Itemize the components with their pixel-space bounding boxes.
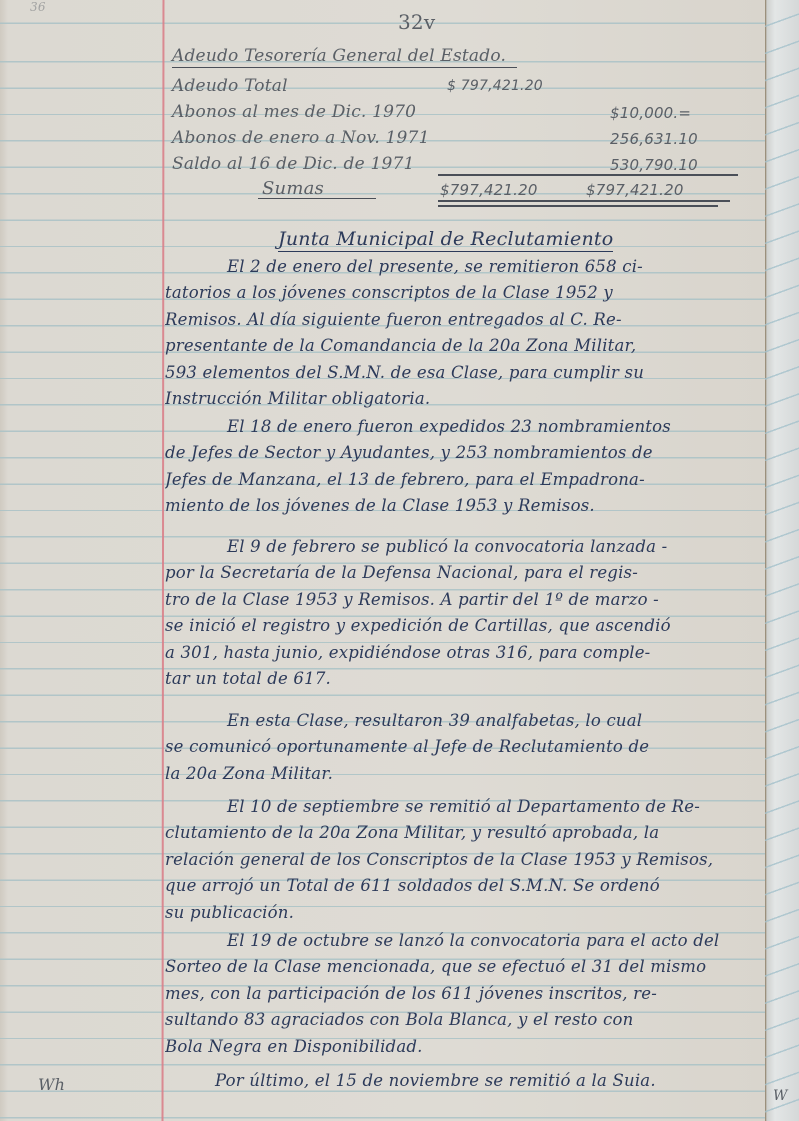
- notebook-gutter: W: [765, 0, 799, 1121]
- totals-debit: $797,421.20: [440, 181, 538, 199]
- folio-number: 32v: [398, 10, 435, 34]
- text-line: la 20a Zona Militar.: [165, 761, 765, 787]
- double-underline-2: [438, 205, 718, 207]
- notebook-page: 36 32v Adeudo Tesorería General del Esta…: [0, 0, 765, 1121]
- text-line: El 2 de enero del presente, se remitiero…: [165, 254, 765, 280]
- text-line: miento de los jóvenes de la Clase 1953 y…: [165, 493, 765, 519]
- ledger-row-label: Abonos de enero a Nov. 1971: [172, 128, 430, 148]
- ledger-row-credit: 530,790.10: [610, 156, 698, 174]
- ledger-heading: Adeudo Tesorería General del Estado.: [172, 46, 517, 68]
- totals-credit: $797,421.20: [586, 181, 684, 199]
- text-line: su publicación.: [165, 900, 765, 926]
- paragraph: El 2 de enero del presente, se remitiero…: [165, 254, 765, 412]
- text-line: El 19 de octubre se lanzó la convocatori…: [165, 928, 765, 954]
- ledger-row-label: Saldo al 16 de Dic. de 1971: [172, 154, 415, 174]
- paragraph: El 18 de enero fueron expedidos 23 nombr…: [165, 414, 765, 520]
- text-line: mes, con la participación de los 611 jóv…: [165, 981, 765, 1007]
- text-line: relación general de los Conscriptos de l…: [165, 847, 765, 873]
- subtotal-rule: [438, 174, 738, 176]
- text-line: El 10 de septiembre se remitió al Depart…: [165, 794, 765, 820]
- text-line: Jefes de Manzana, el 13 de febrero, para…: [165, 467, 765, 493]
- text-line: Por último, el 15 de noviembre se remiti…: [165, 1068, 765, 1094]
- text-line: Instrucción Militar obligatoria.: [165, 386, 765, 412]
- text-line: El 18 de enero fueron expedidos 23 nombr…: [165, 414, 765, 440]
- ledger-row-debit: $ 797,421.20: [447, 78, 543, 94]
- gutter-initials: W: [773, 1088, 788, 1104]
- text-line: presentante de la Comandancia de la 20a …: [165, 333, 765, 359]
- ledger-row-credit: $10,000.=: [610, 104, 691, 122]
- text-line: Remisos. Al día siguiente fueron entrega…: [165, 307, 765, 333]
- ledger-row-label: Abonos al mes de Dic. 1970: [172, 102, 416, 122]
- double-underline-1: [438, 200, 730, 202]
- totals-label-underline: [258, 198, 376, 199]
- paragraph: En esta Clase, resultaron 39 analfabetas…: [165, 708, 765, 787]
- corner-mark: 36: [30, 0, 46, 14]
- text-line: tatorios a los jóvenes conscriptos de la…: [165, 280, 765, 306]
- facing-page-lines: [765, 0, 799, 1121]
- paragraph: Por último, el 15 de noviembre se remiti…: [165, 1068, 765, 1094]
- text-line: tar un total de 617.: [165, 666, 765, 692]
- text-line: se comunicó oportunamente al Jefe de Rec…: [165, 734, 765, 760]
- text-line: 593 elementos del S.M.N. de esa Clase, p…: [165, 360, 765, 386]
- ledger-row-label: Adeudo Total: [172, 76, 288, 96]
- paragraph: El 10 de septiembre se remitió al Depart…: [165, 794, 765, 926]
- text-line: de Jefes de Sector y Ayudantes, y 253 no…: [165, 440, 765, 466]
- paragraph: El 9 de febrero se publicó la convocator…: [165, 534, 765, 692]
- text-line: tro de la Clase 1953 y Remisos. A partir…: [165, 587, 765, 613]
- paragraph: El 19 de octubre se lanzó la convocatori…: [165, 928, 765, 1060]
- text-line: clutamiento de la 20a Zona Militar, y re…: [165, 820, 765, 846]
- initials-mark: Wh: [38, 1075, 65, 1094]
- text-line: Bola Negra en Disponibilidad.: [165, 1034, 765, 1060]
- text-line: El 9 de febrero se publicó la convocator…: [165, 534, 765, 560]
- text-line: En esta Clase, resultaron 39 analfabetas…: [165, 708, 765, 734]
- text-line: Sorteo de la Clase mencionada, que se ef…: [165, 954, 765, 980]
- text-line: que arrojó un Total de 611 soldados del …: [165, 873, 765, 899]
- text-line: sultando 83 agraciados con Bola Blanca, …: [165, 1007, 765, 1033]
- totals-label: Sumas: [262, 178, 324, 199]
- ledger-row-credit: 256,631.10: [610, 130, 698, 148]
- text-line: por la Secretaría de la Defensa Nacional…: [165, 560, 765, 586]
- text-line: a 301, hasta junio, expidiéndose otras 3…: [165, 640, 765, 666]
- text-line: se inició el registro y expedición de Ca…: [165, 613, 765, 639]
- section-title: Junta Municipal de Reclutamiento: [278, 228, 613, 252]
